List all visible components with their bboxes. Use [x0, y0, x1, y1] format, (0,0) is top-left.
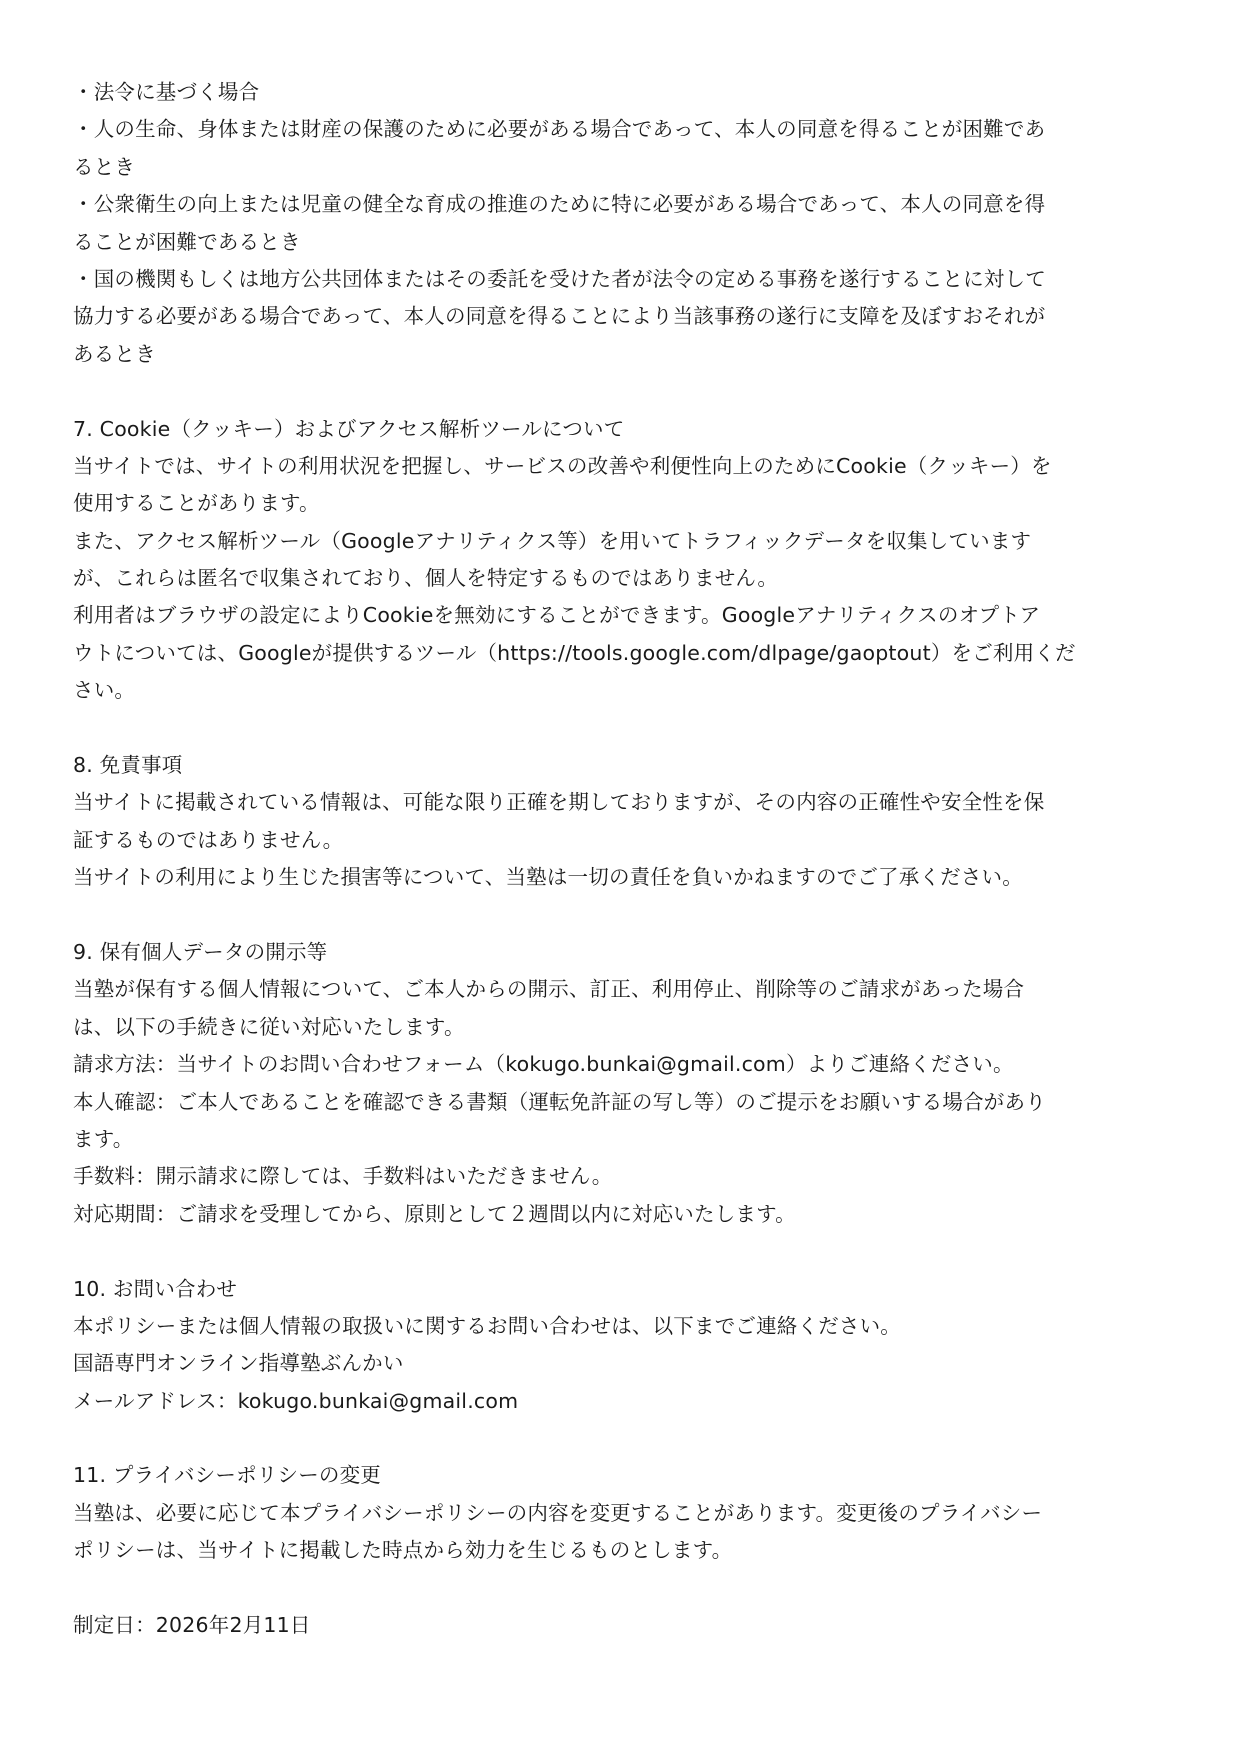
- paragraph-line: また、アクセス解析ツール（Googleアナリティクス等）を用いてトラフィックデー…: [73, 523, 1163, 560]
- list-item: ・人の生命、身体または財産の保護のために必要がある場合であって、本人の同意を得る…: [73, 111, 1163, 148]
- list-item-continuation: ることが困難であるとき: [73, 224, 1163, 261]
- list-item: ・国の機関もしくは地方公共団体またはその委託を受けた者が法令の定める事務を遂行す…: [73, 261, 1163, 298]
- section-spacer: [73, 897, 1163, 934]
- identity-verification-line: 本人確認：ご本人であることを確認できる書類（運転免許証の写し等）のご提示をお願い…: [73, 1084, 1163, 1121]
- section-spacer: [73, 1420, 1163, 1457]
- paragraph-line: は、以下の手続きに従い対応いたします。: [73, 1009, 1163, 1046]
- contact-email: メールアドレス：kokugo.bunkai@gmail.com: [73, 1383, 1163, 1420]
- request-method-line: 請求方法：当サイトのお問い合わせフォーム（kokugo.bunkai@gmail…: [73, 1046, 1163, 1083]
- paragraph-line: が、これらは匿名で収集されており、個人を特定するものではありません。: [73, 560, 1163, 597]
- section-heading: 9. 保有個人データの開示等: [73, 934, 1163, 971]
- list-item-continuation: るとき: [73, 149, 1163, 186]
- section-heading: 8. 免責事項: [73, 747, 1163, 784]
- paragraph-line: 証するものではありません。: [73, 822, 1163, 859]
- section-spacer: [73, 1570, 1163, 1607]
- list-item-continuation: あるとき: [73, 336, 1163, 373]
- list-item: ・法令に基づく場合: [73, 74, 1163, 111]
- section-7-cookies: 7. Cookie（クッキー）およびアクセス解析ツールについて 当サイトでは、サ…: [73, 411, 1163, 710]
- section-10-contact: 10. お問い合わせ 本ポリシーまたは個人情報の取扱いに関するお問い合わせは、以…: [73, 1271, 1163, 1421]
- response-period-line: 対応期間：ご請求を受理してから、原則として２週間以内に対応いたします。: [73, 1196, 1163, 1233]
- paragraph-line: 使用することがあります。: [73, 485, 1163, 522]
- section-heading: 11. プライバシーポリシーの変更: [73, 1457, 1163, 1494]
- section-spacer: [73, 1233, 1163, 1270]
- section-8-disclaimer: 8. 免責事項 当サイトに掲載されている情報は、可能な限り正確を期しておりますが…: [73, 747, 1163, 897]
- section-heading: 7. Cookie（クッキー）およびアクセス解析ツールについて: [73, 411, 1163, 448]
- enactment-date: 制定日：2026年2月11日: [73, 1607, 1163, 1644]
- section-heading: 10. お問い合わせ: [73, 1271, 1163, 1308]
- paragraph-line: ポリシーは、当サイトに掲載した時点から効力を生じるものとします。: [73, 1532, 1163, 1569]
- paragraph-line: 本ポリシーまたは個人情報の取扱いに関するお問い合わせは、以下までご連絡ください。: [73, 1308, 1163, 1345]
- list-item-continuation: 協力する必要がある場合であって、本人の同意を得ることにより当該事務の遂行に支障を…: [73, 298, 1163, 335]
- paragraph-line: 当サイトでは、サイトの利用状況を把握し、サービスの改善や利便性向上のためにCoo…: [73, 448, 1163, 485]
- paragraph-line: 当塾が保有する個人情報について、ご本人からの開示、訂正、利用停止、削除等のご請求…: [73, 971, 1163, 1008]
- section-6-exceptions: ・法令に基づく場合 ・人の生命、身体または財産の保護のために必要がある場合であっ…: [73, 74, 1163, 373]
- paragraph-line: 当サイトに掲載されている情報は、可能な限り正確を期しておりますが、その内容の正確…: [73, 784, 1163, 821]
- paragraph-line: 利用者はブラウザの設定によりCookieを無効にすることができます。Google…: [73, 597, 1163, 634]
- paragraph-line: さい。: [73, 672, 1163, 709]
- section-11-policy-changes: 11. プライバシーポリシーの変更 当塾は、必要に応じて本プライバシーポリシーの…: [73, 1457, 1163, 1569]
- paragraph-line-with-optout-url: ウトについては、Googleが提供するツール（https://tools.goo…: [73, 635, 1163, 672]
- paragraph-line: ます。: [73, 1121, 1163, 1158]
- organization-name: 国語専門オンライン指導塾ぶんかい: [73, 1345, 1163, 1382]
- fee-line: 手数料：開示請求に際しては、手数料はいただきません。: [73, 1158, 1163, 1195]
- paragraph-line: 当塾は、必要に応じて本プライバシーポリシーの内容を変更することがあります。変更後…: [73, 1495, 1163, 1532]
- paragraph-line: 当サイトの利用により生じた損害等について、当塾は一切の責任を負いかねますのでご了…: [73, 859, 1163, 896]
- privacy-policy-page: ・法令に基づく場合 ・人の生命、身体または財産の保護のために必要がある場合であっ…: [73, 74, 1163, 1644]
- section-9-disclosure: 9. 保有個人データの開示等 当塾が保有する個人情報について、ご本人からの開示、…: [73, 934, 1163, 1233]
- section-spacer: [73, 710, 1163, 747]
- section-spacer: [73, 373, 1163, 410]
- list-item: ・公衆衛生の向上または児童の健全な育成の推進のために特に必要がある場合であって、…: [73, 186, 1163, 223]
